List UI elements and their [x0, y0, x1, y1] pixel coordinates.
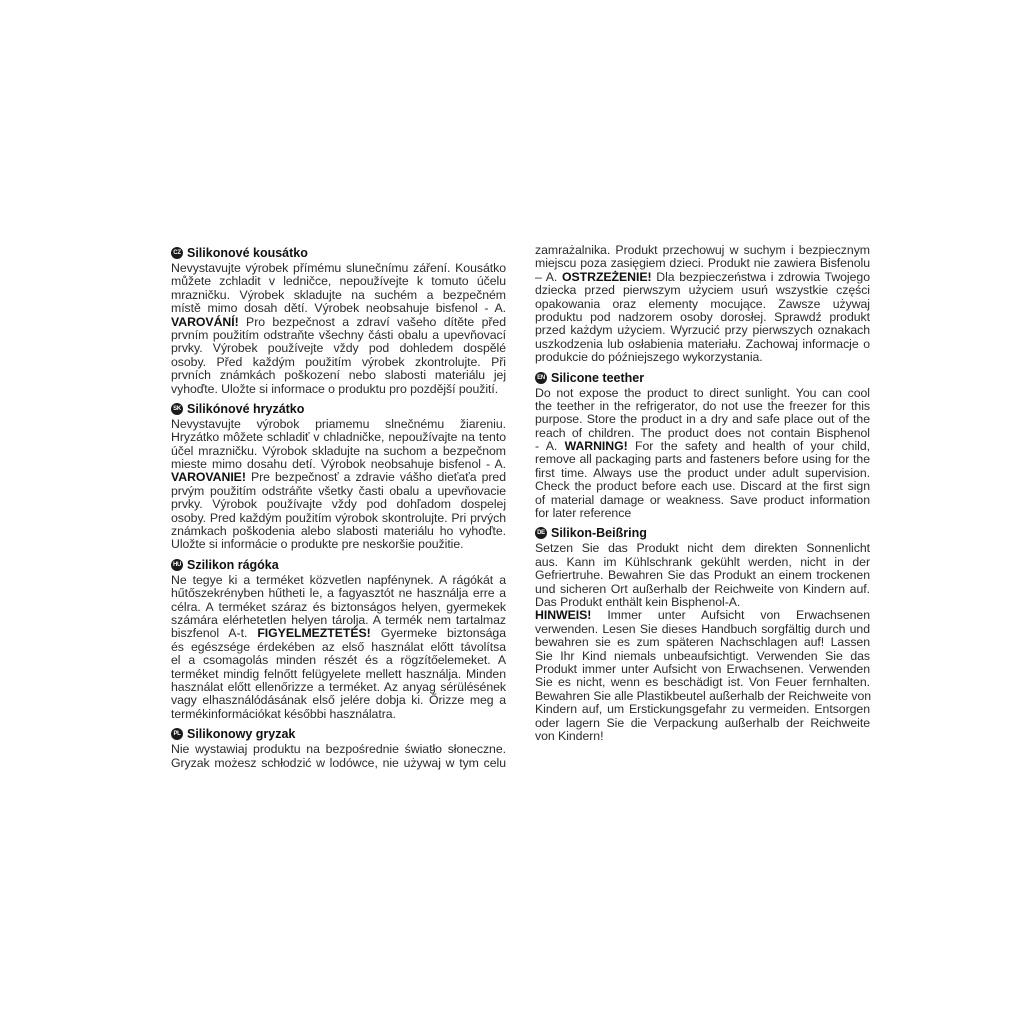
text-line: prvky. Výrobek používejte vždy pod dohle…	[171, 342, 506, 355]
text-run: first time. Always use the product under…	[535, 466, 870, 480]
text-line: VAROVÁNÍ! Pro bezpečnost a zdraví vašeho…	[171, 316, 506, 329]
section-cz: CZSilikonové kousátkoNevystavujte výrobe…	[171, 245, 506, 396]
text-run: el a csomagolás minden részét és a rögzí…	[171, 653, 506, 667]
text-run: Check the product before each use. Disca…	[535, 479, 870, 493]
text-line: uszkodzenia lub osłabienia materiału. Za…	[535, 338, 870, 351]
text-run: prvních známkách poškození nebo slabosti…	[171, 368, 506, 382]
section-de: DESilikon-BeißringSetzen Sie das Produkt…	[535, 525, 870, 743]
section-en: ENSilicone teetherDo not expose the prod…	[535, 370, 870, 521]
section-title: Szilikon rágóka	[187, 558, 279, 572]
text-line: Sie es nicht, wenn es beschädigt ist. Vo…	[535, 676, 870, 689]
text-run: Kindern auf, um Erstickungsgefahr zu ver…	[535, 702, 870, 716]
text-line: místě mimo dosah dětí. Výrobek neobsahuj…	[171, 302, 506, 315]
text-run: vyhoďte. Uložte si informace o produktu …	[171, 382, 498, 396]
section-heading: DESilikon-Beißring	[535, 525, 870, 541]
text-run: termékinformációkat későbbi használatra.	[171, 707, 396, 721]
text-run: můžete zchladit v ledničce, nepoužívejte…	[171, 274, 506, 288]
text-line: miejscu poza zasięgiem dzieci. Produkt n…	[535, 257, 870, 270]
text-line: vyhoďte. Uložte si informace o produktu …	[171, 383, 506, 396]
text-line: prvým použitím odstráňte všetky časti ob…	[171, 485, 506, 498]
warning-label: VAROVÁNÍ!	[171, 315, 239, 329]
text-run: zamrażalnika. Produkt przechowuj w suchy…	[535, 243, 870, 257]
text-run: Dla bezpieczeństwa i zdrowia Twojego	[652, 270, 870, 284]
text-run: miejscu poza zasięgiem dzieci. Produkt n…	[535, 256, 870, 270]
language-badge-icon: SK	[171, 403, 183, 415]
text-run: Sie es nicht, wenn es beschädigt ist. Vo…	[535, 675, 870, 689]
text-line: produkcie do późniejszego wykorzystania.	[535, 351, 870, 364]
text-run: uszkodzenia lub osłabienia materiału. Za…	[535, 337, 870, 351]
warning-label: HINWEIS!	[535, 608, 591, 622]
text-run: célra. A terméket száraz és biztonságos …	[171, 600, 506, 614]
text-line: Bewahren Sie alle Plastikbeutel außerhal…	[535, 690, 870, 703]
text-line: HINWEIS! Immer unter Aufsicht von Erwach…	[535, 609, 870, 622]
warning-label: WARNING!	[565, 439, 628, 453]
section-hu: HUSzilikon rágókaNe tegye ki a terméket …	[171, 557, 506, 721]
text-run: For the safety and health of your child,	[628, 439, 870, 453]
section-heading: ENSilicone teether	[535, 370, 870, 386]
text-run: – A.	[535, 270, 562, 284]
text-line: termékinformációkat későbbi használatra.	[171, 708, 506, 721]
section-body: Setzen Sie das Produkt nicht dem direkte…	[535, 542, 870, 743]
section-heading: HUSzilikon rágóka	[171, 557, 506, 573]
text-run: Ne tegye ki a terméket közvetlen napfény…	[171, 573, 506, 587]
text-run: és egészsége érdekében az első használat…	[171, 640, 506, 654]
text-line: of material damage or weakness. Save pro…	[535, 494, 870, 507]
text-line: – A. OSTRZEŻENIE! Dla bezpieczeństwa i z…	[535, 271, 870, 284]
section-heading: SKSilikónové hryzátko	[171, 401, 506, 417]
text-line: Gefriertruhe. Bewahren Sie das Produkt a…	[535, 569, 870, 582]
text-line: remove all packaging parts and fasteners…	[535, 453, 870, 466]
text-run: használat előtt ellenőrizze a terméket. …	[171, 680, 506, 694]
text-line: the teether in the refrigerator, do not …	[535, 400, 870, 413]
text-line: Nie wystawiaj produktu na bezpośrednie ś…	[171, 743, 506, 756]
text-line: Nevystavujte výrobek přímému slunečnímu …	[171, 262, 506, 275]
text-line: mrazničku. Výrobek skladujte na suchém a…	[171, 289, 506, 302]
text-line: hűtőszekrényben hűtheti le, a fagyasztót…	[171, 587, 506, 600]
text-line: osoby. Před každým použitím výrobek zkon…	[171, 356, 506, 369]
text-run: oder lagern Sie die Verpackung außerhalb…	[535, 716, 870, 730]
text-run: Do not expose the product to direct sunl…	[535, 386, 870, 400]
section-body: Nevystavujte výrobok priamemu slnečnému …	[171, 418, 506, 552]
text-run: mrazničku. Výrobek skladujte na suchém a…	[171, 288, 506, 302]
text-line: prvním použitím odstraňte všechny části …	[171, 329, 506, 342]
text-run: prvky. Výrobek používejte vždy pod dohle…	[171, 341, 506, 355]
text-run: purpose. Store the product in a dry and …	[535, 412, 870, 426]
text-run: účel mrazničku. Výrobok skladujte na suc…	[171, 444, 506, 458]
text-run: Produkt immer unter Aufsicht von Erwachs…	[535, 662, 870, 676]
text-line: produktu pod nadzorem osoby dorosłej. Sp…	[535, 311, 870, 324]
text-line: - A. WARNING! For the safety and health …	[535, 440, 870, 453]
text-run: aus. Kann im Kühlschrank gekühlt werden,…	[535, 555, 870, 569]
section-title: Silicone teether	[551, 371, 644, 385]
section-body: Do not expose the product to direct sunl…	[535, 387, 870, 521]
text-line: mieste mimo dosahu detí. Výrobok neobsah…	[171, 458, 506, 471]
text-run: - A.	[535, 439, 565, 453]
section-body: zamrażalnika. Produkt przechowuj w suchy…	[535, 244, 870, 365]
language-badge-icon: EN	[535, 372, 547, 384]
text-line: Nevystavujte výrobok priamemu slnečnému …	[171, 418, 506, 431]
language-badge-icon: PL	[171, 728, 183, 740]
text-line: purpose. Store the product in a dry and …	[535, 413, 870, 426]
section-heading: PLSilikonowy gryzak	[171, 726, 506, 742]
text-run: osoby. Pred každým použitím výrobok skon…	[171, 511, 506, 525]
text-run: bewahren sie es zum späteren Nachschlage…	[535, 635, 870, 649]
text-run: przed każdym użyciem. Wyrzucić przy pier…	[535, 323, 870, 337]
text-run: prvky. Výrobok používajte vždy pod dohľa…	[171, 497, 506, 511]
text-line: můžete zchladit v ledničce, nepoužívejte…	[171, 275, 506, 288]
text-line: verwenden. Lesen Sie dieses Handbuch sor…	[535, 623, 870, 636]
text-line: účel mrazničku. Výrobok skladujte na suc…	[171, 445, 506, 458]
text-run: dziecka przed pierwszym użyciem usuń wsz…	[535, 283, 870, 297]
text-line: aus. Kann im Kühlschrank gekühlt werden,…	[535, 556, 870, 569]
section-heading: CZSilikonové kousátko	[171, 245, 506, 261]
left-column: CZSilikonové kousátkoNevystavujte výrobe…	[171, 245, 506, 770]
text-line: bewahren sie es zum späteren Nachschlage…	[535, 636, 870, 649]
section-body: Ne tegye ki a terméket közvetlen napfény…	[171, 574, 506, 721]
text-line: Setzen Sie das Produkt nicht dem direkte…	[535, 542, 870, 555]
section-title: Silikonové kousátko	[187, 246, 308, 260]
section-title: Silikonowy gryzak	[187, 727, 295, 741]
text-run: produkcie do późniejszego wykorzystania.	[535, 350, 763, 364]
text-run: známkach poškodenia alebo slabosti mater…	[171, 524, 506, 538]
text-line: terméket mindig felnőtt felügyelete mell…	[171, 668, 506, 681]
text-run: opakowania oraz elementy mocujące. Zawsz…	[535, 297, 870, 311]
text-line: Gryzak możesz schłodzić w lodówce, nie u…	[171, 757, 506, 770]
section-continuation: zamrażalnika. Produkt przechowuj w suchy…	[535, 244, 870, 365]
section-sk: SKSilikónové hryzátkoNevystavujte výrobo…	[171, 401, 506, 552]
text-run: verwenden. Lesen Sie dieses Handbuch sor…	[535, 622, 870, 636]
section-title: Silikon-Beißring	[551, 526, 647, 540]
text-run: számára elérhetetlen helyen tárolja. A t…	[171, 613, 506, 627]
text-run: terméket mindig felnőtt felügyelete mell…	[171, 667, 506, 681]
text-run: Gyermeke biztonsága	[371, 626, 506, 640]
section-title: Silikónové hryzátko	[187, 402, 304, 416]
right-column: zamrażalnika. Produkt przechowuj w suchy…	[535, 244, 870, 743]
language-badge-icon: DE	[535, 527, 547, 539]
text-line: Uložte si informácie o produkte pre nesk…	[171, 538, 506, 551]
text-run: und sicheren Ort außerhalb der Reichweit…	[535, 582, 870, 596]
section-body: Nie wystawiaj produktu na bezpośrednie ś…	[171, 743, 506, 770]
text-line: biszfenol A-t. FIGYELMEZTETÉS! Gyermeke …	[171, 627, 506, 640]
text-line: Ne tegye ki a terméket közvetlen napfény…	[171, 574, 506, 587]
text-line: Sie Ihr Kind niemals unbeaufsichtigt. Ve…	[535, 650, 870, 663]
text-run: Bewahren Sie alle Plastikbeutel außerhal…	[535, 689, 871, 703]
text-run: for later reference	[535, 506, 631, 520]
language-badge-icon: CZ	[171, 247, 183, 259]
text-line: és egészsége érdekében az első használat…	[171, 641, 506, 654]
text-line: Hryzátko môžete schladiť v chladničke, n…	[171, 431, 506, 444]
text-line: von Kindern!	[535, 730, 870, 743]
text-run: von Kindern!	[535, 729, 603, 743]
text-run: vagy elhasználódásának első jelére dobja…	[171, 693, 506, 707]
text-line: VAROVANIE! Pre bezpečnosť a zdravie vášh…	[171, 471, 506, 484]
text-run: Hryzátko môžete schladiť v chladničke, n…	[171, 430, 506, 444]
text-run: Gefriertruhe. Bewahren Sie das Produkt a…	[535, 568, 870, 582]
text-run: Nie wystawiaj produktu na bezpośrednie ś…	[171, 742, 506, 756]
language-badge-icon: HU	[171, 559, 183, 571]
text-line: opakowania oraz elementy mocujące. Zawsz…	[535, 298, 870, 311]
text-run: místě mimo dosah dětí. Výrobek neobsahuj…	[171, 301, 506, 315]
text-line: reach of children. The product does not …	[535, 427, 870, 440]
text-run: Pro bezpečnost a zdraví vašeho dítěte př…	[239, 315, 506, 329]
text-run: biszfenol A-t.	[171, 626, 257, 640]
text-run: Das Produkt enthält kein Bisphenol-A.	[535, 595, 740, 609]
text-line: for later reference	[535, 507, 870, 520]
text-line: prvky. Výrobok používajte vždy pod dohľa…	[171, 498, 506, 511]
text-line: Do not expose the product to direct sunl…	[535, 387, 870, 400]
text-line: prvních známkách poškození nebo slabosti…	[171, 369, 506, 382]
text-line: dziecka przed pierwszym użyciem usuń wsz…	[535, 284, 870, 297]
text-line: Kindern auf, um Erstickungsgefahr zu ver…	[535, 703, 870, 716]
warning-label: FIGYELMEZTETÉS!	[257, 626, 370, 640]
text-run: prvým použitím odstráňte všetky časti ob…	[171, 484, 506, 498]
text-run: Immer unter Aufsicht von Erwachsenen	[591, 608, 870, 622]
text-line: známkach poškodenia alebo slabosti mater…	[171, 525, 506, 538]
text-line: osoby. Pred každým použitím výrobok skon…	[171, 512, 506, 525]
text-line: Produkt immer unter Aufsicht von Erwachs…	[535, 663, 870, 676]
text-run: hűtőszekrényben hűtheti le, a fagyasztót…	[171, 586, 506, 600]
text-run: mieste mimo dosahu detí. Výrobok neobsah…	[171, 457, 506, 471]
text-line: célra. A terméket száraz és biztonságos …	[171, 601, 506, 614]
text-run: Uložte si informácie o produkte pre nesk…	[171, 537, 464, 551]
text-run: remove all packaging parts and fasteners…	[535, 452, 870, 466]
text-line: el a csomagolás minden részét és a rögzí…	[171, 654, 506, 667]
text-run: Pre bezpečnosť a zdravie vášho dieťaťa p…	[246, 470, 506, 484]
text-run: Gryzak możesz schłodzić w lodówce, nie u…	[171, 756, 506, 770]
text-run: reach of children. The product does not …	[535, 426, 870, 440]
text-line: oder lagern Sie die Verpackung außerhalb…	[535, 717, 870, 730]
text-run: the teether in the refrigerator, do not …	[535, 399, 870, 413]
text-line: Check the product before each use. Disca…	[535, 480, 870, 493]
text-line: und sicheren Ort außerhalb der Reichweit…	[535, 583, 870, 596]
text-run: osoby. Před každým použitím výrobek zkon…	[171, 355, 506, 369]
text-run: of material damage or weakness. Save pro…	[535, 493, 870, 507]
text-line: przed każdym użyciem. Wyrzucić przy pier…	[535, 324, 870, 337]
text-line: Das Produkt enthält kein Bisphenol-A.	[535, 596, 870, 609]
text-run: prvním použitím odstraňte všechny části …	[171, 328, 506, 342]
text-line: vagy elhasználódásának első jelére dobja…	[171, 694, 506, 707]
text-run: Setzen Sie das Produkt nicht dem direkte…	[535, 541, 870, 555]
text-run: Sie Ihr Kind niemals unbeaufsichtigt. Ve…	[535, 649, 870, 663]
warning-label: OSTRZEŻENIE!	[562, 270, 652, 284]
text-line: first time. Always use the product under…	[535, 467, 870, 480]
section-pl: PLSilikonowy gryzakNie wystawiaj produkt…	[171, 726, 506, 770]
text-line: zamrażalnika. Produkt przechowuj w suchy…	[535, 244, 870, 257]
section-body: Nevystavujte výrobek přímému slunečnímu …	[171, 262, 506, 396]
warning-label: VAROVANIE!	[171, 470, 246, 484]
text-run: Nevystavujte výrobok priamemu slnečnému …	[171, 417, 506, 431]
text-run: produktu pod nadzorem osoby dorosłej. Sp…	[535, 310, 870, 324]
text-run: Nevystavujte výrobek přímému slunečnímu …	[171, 261, 506, 275]
